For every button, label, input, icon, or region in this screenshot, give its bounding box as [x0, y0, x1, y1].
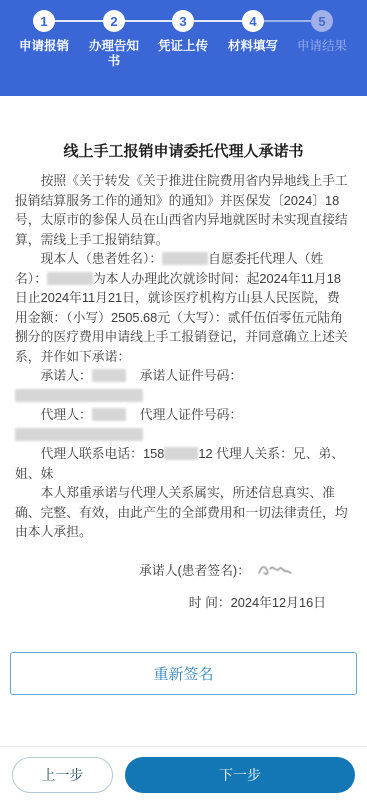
resign-button[interactable]: 重新签名 [10, 652, 357, 695]
step-label: 办理告知书 [87, 39, 141, 69]
step-label: 材料填写 [228, 39, 278, 54]
step-material-fill[interactable]: 4 材料填写 [221, 10, 285, 54]
paragraph-policy: 按照《关于转发《关于推进住院费用省内异地线上手工报销结算服务工作的通知》的通知》… [15, 171, 352, 249]
commitment-letter: 线上手工报销申请委托代理人承诺书 按照《关于转发《关于推进住院费用省内异地线上手… [0, 96, 367, 611]
step-label: 申请结果 [297, 39, 347, 54]
agent-line: 代理人：代理人证件号码： [15, 405, 352, 444]
handwritten-signature [256, 561, 294, 582]
next-step-button[interactable]: 下一步 [125, 757, 355, 793]
step-label: 凭证上传 [158, 39, 208, 54]
previous-step-button[interactable]: 上一步 [12, 757, 113, 793]
redacted-promisor-name [92, 369, 126, 382]
signature-row: 承诺人(患者签名)： [15, 560, 352, 582]
stepper: 1 申请报销 2 办理告知书 3 凭证上传 4 材料填写 5 申请结果 [0, 0, 367, 96]
reimbursement-commitment-page: 1 申请报销 2 办理告知书 3 凭证上传 4 材料填写 5 申请结果 线上手工… [0, 0, 367, 803]
signature-label: 承诺人(患者签名)： [139, 563, 250, 578]
redacted-patient-name [162, 252, 208, 265]
redacted-agent-id [15, 428, 143, 441]
step-number-badge: 2 [103, 10, 125, 32]
phone-relation-line: 代理人联系电话：15812 代理人关系：兄、弟、姐、妹 [15, 444, 352, 483]
redacted-agent-name-2 [92, 408, 126, 421]
step-result: 5 申请结果 [290, 10, 354, 54]
bottom-action-bar: 上一步 下一步 [0, 746, 367, 803]
promisor-line: 承诺人：承诺人证件号码： [15, 366, 352, 405]
paragraph-delegation: 现本人（患者姓名）：自愿委托代理人（姓名）：为本人办理此次就诊时间：起2024年… [15, 249, 352, 366]
date-row: 时 间：2024年12月16日 [15, 592, 352, 611]
stepper-header: 1 申请报销 2 办理告知书 3 凭证上传 4 材料填写 5 申请结果 [0, 0, 367, 96]
step-voucher-upload[interactable]: 3 凭证上传 [151, 10, 215, 54]
step-number-badge: 1 [33, 10, 55, 32]
step-label: 申请报销 [19, 39, 69, 54]
step-number-badge: 5 [311, 10, 333, 32]
document-title: 线上手工报销申请委托代理人承诺书 [15, 140, 352, 161]
redacted-agent-name [47, 272, 93, 285]
step-number-badge: 4 [242, 10, 264, 32]
paragraph-commitment: 本人郑重承诺与代理人关系属实，所述信息真实、准确、完整、有效，由此产生的全部费用… [15, 483, 352, 542]
redacted-phone-digits [164, 447, 198, 460]
step-apply[interactable]: 1 申请报销 [12, 10, 76, 54]
redacted-promisor-id [15, 389, 143, 402]
step-notice[interactable]: 2 办理告知书 [82, 10, 146, 69]
step-number-badge: 3 [172, 10, 194, 32]
